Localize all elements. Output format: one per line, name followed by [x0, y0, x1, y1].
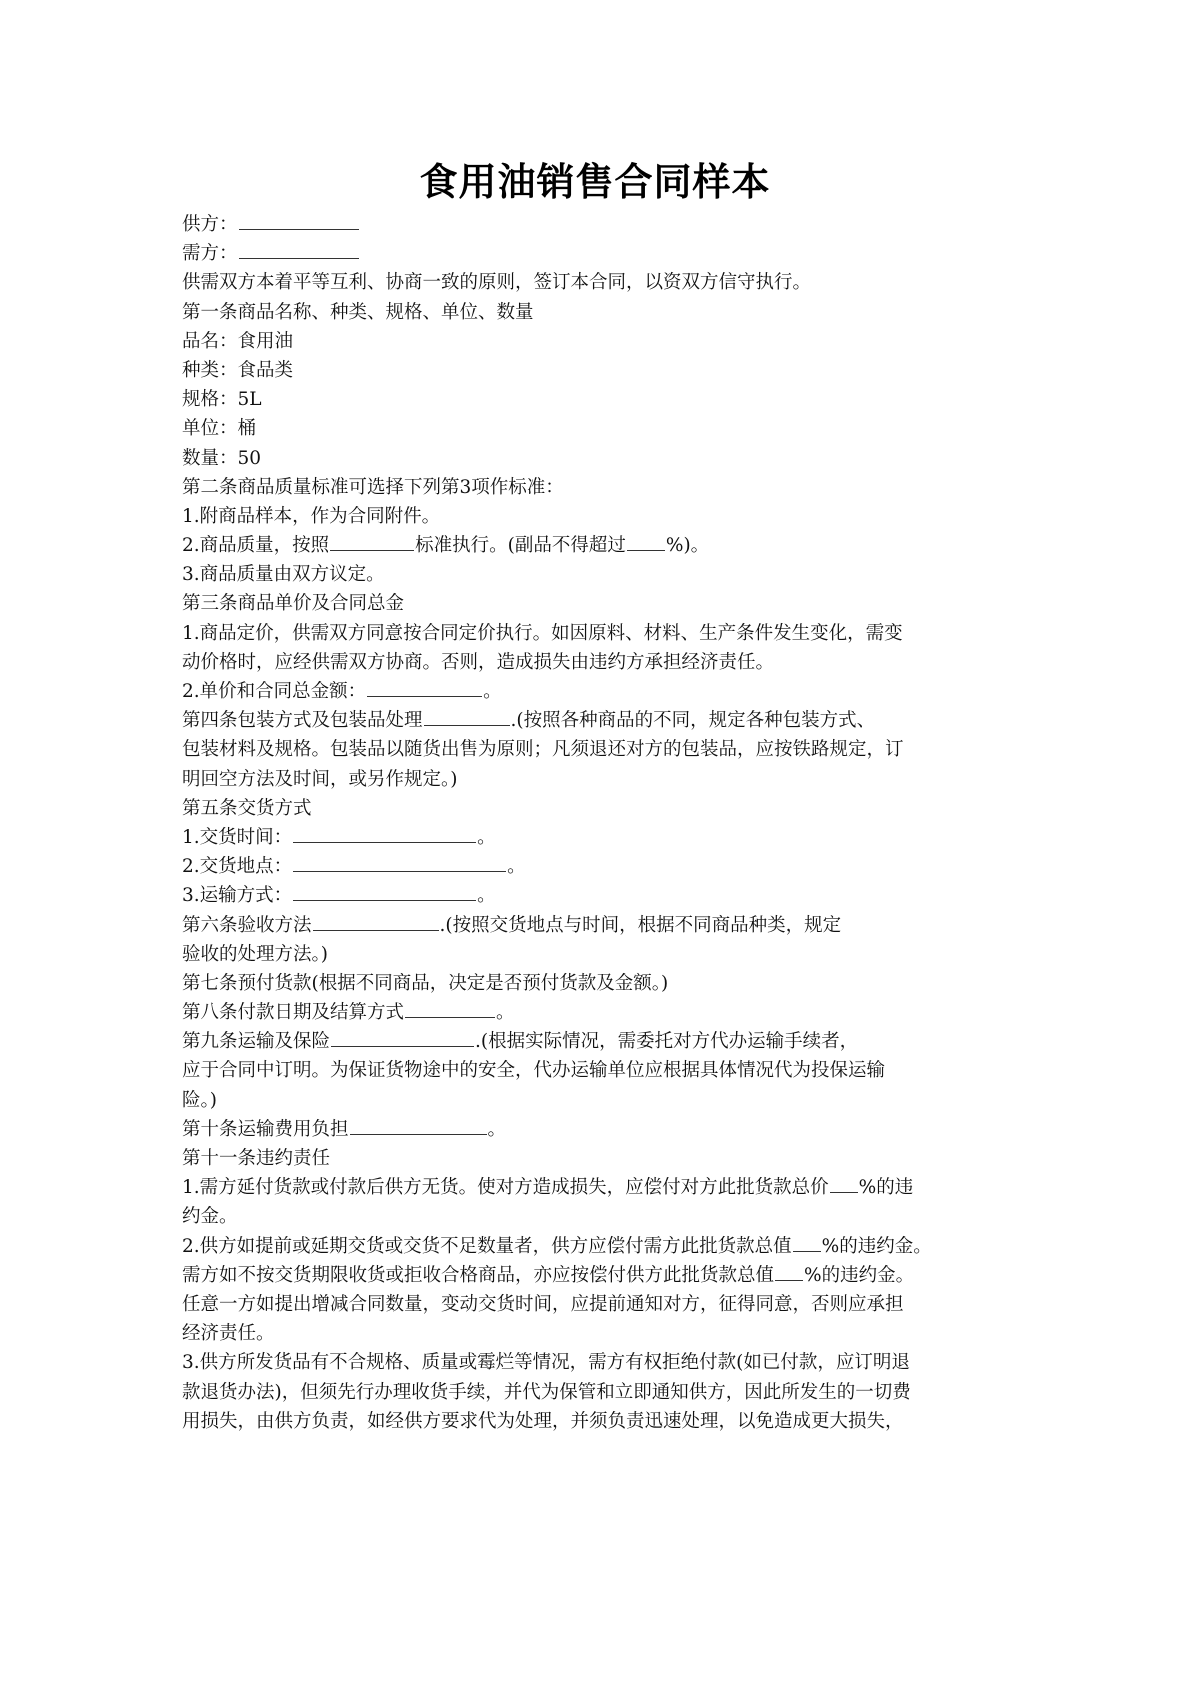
line-text: 3.商品质量由双方议定。: [182, 564, 385, 585]
fill-in-blank: [239, 240, 359, 259]
line-text: 第三条商品单价及合同总金: [182, 593, 404, 614]
document-line: 2.商品质量，按照标准执行。(副品不得超过%)。: [182, 531, 1030, 560]
document-line: 3.运输方式：。: [182, 881, 1030, 910]
line-text: 第十条运输费用负担: [182, 1119, 349, 1140]
document-line: 第六条验收方法.(按照交货地点与时间，根据不同商品种类，规定: [182, 911, 1030, 940]
document-line: 需方如不按交货期限收货或拒收合格商品，亦应按偿付供方此批货款总值%的违约金。: [182, 1261, 1030, 1290]
document-line: 约金。: [182, 1202, 1030, 1231]
document-line: 品名：食用油: [182, 327, 1030, 356]
line-text: 需方：: [182, 243, 238, 264]
line-text: 1.交货时间：: [182, 827, 292, 848]
line-text: 规格：5L: [182, 389, 262, 410]
line-text-after: %)。: [666, 535, 709, 556]
line-text: 2.单价和合同总金额：: [182, 681, 366, 702]
line-text-after: 。: [477, 827, 496, 848]
document-line: 动价格时，应经供需双方协商。否则，造成损失由违约方承担经济责任。: [182, 648, 1030, 677]
line-text: 款退货办法)，但须先行办理收货手续，并代为保管和立即通知供方，因此所发生的一切费: [182, 1382, 911, 1403]
document-line: 第九条运输及保险.(根据实际情况，需委托对方代办运输手续者，: [182, 1027, 1030, 1056]
document-line: 2.供方如提前或延期交货或交货不足数量者，供方应偿付需方此批货款总值%的违约金。: [182, 1232, 1030, 1261]
line-text: 供方：: [182, 214, 238, 235]
line-text-after: 。: [496, 1002, 515, 1023]
fill-in-blank: [330, 532, 414, 551]
document-line: 第十一条违约责任: [182, 1144, 1030, 1173]
line-text: 用损失，由供方负责，如经供方要求代为处理，并须负责迅速处理，以免造成更大损失，: [182, 1411, 904, 1432]
document-line: 验收的处理方法。): [182, 940, 1030, 969]
line-text: 应于合同中订明。为保证货物途中的安全，代办运输单位应根据具体情况代为投保运输: [182, 1060, 885, 1081]
document-line: 第七条预付货款(根据不同商品，决定是否预付货款及金额。): [182, 969, 1030, 998]
document-line: 明回空方法及时间，或另作规定。): [182, 765, 1030, 794]
document-line: 险。): [182, 1086, 1030, 1115]
document-body: 供方：需方：供需双方本着平等互利、协商一致的原则，签订本合同，以资双方信守执行。…: [182, 210, 1030, 1436]
document-line: 1.交货时间：。: [182, 823, 1030, 852]
fill-in-blank: [627, 532, 665, 551]
document-title: 食用油销售合同样本: [0, 152, 1190, 212]
document-line: 应于合同中订明。为保证货物途中的安全，代办运输单位应根据具体情况代为投保运输: [182, 1056, 1030, 1085]
document-line: 2.交货地点：。: [182, 852, 1030, 881]
line-text: 数量：50: [182, 448, 261, 469]
line-text-after: 。: [507, 856, 526, 877]
line-text: 第一条商品名称、种类、规格、单位、数量: [182, 302, 534, 323]
document-line: 第三条商品单价及合同总金: [182, 589, 1030, 618]
line-text: 第十一条违约责任: [182, 1148, 330, 1169]
document-line: 种类：食品类: [182, 356, 1030, 385]
line-text: 明回空方法及时间，或另作规定。): [182, 769, 457, 790]
line-text: 1.需方延付货款或付款后供方无货。使对方造成损失，应偿付对方此批货款总价: [182, 1177, 829, 1198]
fill-in-blank: [331, 1028, 474, 1047]
line-text: 第九条运输及保险: [182, 1031, 330, 1052]
document-line: 经济责任。: [182, 1319, 1030, 1348]
document-line: 需方：: [182, 239, 1030, 268]
document-line: 用损失，由供方负责，如经供方要求代为处理，并须负责迅速处理，以免造成更大损失，: [182, 1407, 1030, 1436]
line-text: 需方如不按交货期限收货或拒收合格商品，亦应按偿付供方此批货款总值: [182, 1265, 774, 1286]
fill-in-blank: [830, 1174, 858, 1193]
document-line: 第四条包装方式及包装品处理.(按照各种商品的不同，规定各种包装方式、: [182, 706, 1030, 735]
fill-in-blank: [350, 1116, 487, 1135]
fill-in-blank: [293, 824, 476, 843]
line-text: 第二条商品质量标准可选择下列第3项作标准：: [182, 477, 564, 498]
line-text: 第六条验收方法: [182, 915, 312, 936]
line-text: 动价格时，应经供需双方协商。否则，造成损失由违约方承担经济责任。: [182, 652, 774, 673]
line-text: 1.附商品样本，作为合同附件。: [182, 506, 440, 527]
line-text: 单位：桶: [182, 418, 256, 439]
line-text: 任意一方如提出增减合同数量，变动交货时间，应提前通知对方，征得同意，否则应承担: [182, 1294, 904, 1315]
fill-in-blank: [424, 707, 510, 726]
line-text-after: 。: [483, 681, 502, 702]
document-line: 第一条商品名称、种类、规格、单位、数量: [182, 298, 1030, 327]
line-text: 2.商品质量，按照: [182, 535, 329, 556]
document-line: 1.附商品样本，作为合同附件。: [182, 502, 1030, 531]
line-text: 2.供方如提前或延期交货或交货不足数量者，供方应偿付需方此批货款总值: [182, 1236, 792, 1257]
fill-in-blank: [793, 1233, 821, 1252]
fill-in-blank: [293, 853, 506, 872]
document-line: 第十条运输费用负担。: [182, 1115, 1030, 1144]
line-text-after: .(按照交货地点与时间，根据不同商品种类，规定: [440, 915, 842, 936]
document-line: 供方：: [182, 210, 1030, 239]
document-line: 规格：5L: [182, 385, 1030, 414]
line-text: 约金。: [182, 1206, 238, 1227]
line-text-after: 标准执行。(副品不得超过: [415, 535, 626, 556]
fill-in-blank: [367, 678, 482, 697]
line-text-after: %的违约金。: [822, 1236, 932, 1257]
document-line: 款退货办法)，但须先行办理收货手续，并代为保管和立即通知供方，因此所发生的一切费: [182, 1378, 1030, 1407]
document-line: 1.需方延付货款或付款后供方无货。使对方造成损失，应偿付对方此批货款总价%的违: [182, 1173, 1030, 1202]
line-text: 品名：食用油: [182, 331, 293, 352]
document-line: 第八条付款日期及结算方式。: [182, 998, 1030, 1027]
document-line: 供需双方本着平等互利、协商一致的原则，签订本合同，以资双方信守执行。: [182, 268, 1030, 297]
fill-in-blank: [239, 211, 359, 230]
line-text-after: %的违: [859, 1177, 914, 1198]
fill-in-blank: [293, 882, 476, 901]
line-text-after: 。: [488, 1119, 507, 1140]
line-text: 经济责任。: [182, 1323, 275, 1344]
document-line: 单位：桶: [182, 414, 1030, 443]
document-line: 包装材料及规格。包装品以随货出售为原则；凡须退还对方的包装品，应按铁路规定，订: [182, 735, 1030, 764]
line-text: 包装材料及规格。包装品以随货出售为原则；凡须退还对方的包装品，应按铁路规定，订: [182, 739, 904, 760]
line-text: 险。): [182, 1090, 217, 1111]
document-line: 第五条交货方式: [182, 794, 1030, 823]
document-line: 1.商品定价，供需双方同意按合同定价执行。如因原料、材料、生产条件发生变化，需变: [182, 619, 1030, 648]
fill-in-blank: [313, 912, 439, 931]
line-text: 供需双方本着平等互利、协商一致的原则，签订本合同，以资双方信守执行。: [182, 272, 811, 293]
line-text-after: %的违约金。: [804, 1265, 914, 1286]
document-line: 3.商品质量由双方议定。: [182, 560, 1030, 589]
line-text: 3.运输方式：: [182, 885, 292, 906]
document-line: 数量：50: [182, 444, 1030, 473]
document-page: 食用油销售合同样本 供方：需方：供需双方本着平等互利、协商一致的原则，签订本合同…: [0, 0, 1190, 1683]
document-line: 2.单价和合同总金额：。: [182, 677, 1030, 706]
fill-in-blank: [775, 1262, 803, 1281]
line-text: 第四条包装方式及包装品处理: [182, 710, 423, 731]
line-text-after: .(按照各种商品的不同，规定各种包装方式、: [511, 710, 876, 731]
line-text: 第五条交货方式: [182, 798, 312, 819]
line-text: 1.商品定价，供需双方同意按合同定价执行。如因原料、材料、生产条件发生变化，需变: [182, 623, 903, 644]
line-text: 验收的处理方法。): [182, 944, 328, 965]
line-text: 3.供方所发货品有不合规格、质量或霉烂等情况，需方有权拒绝付款(如已付款，应订明…: [182, 1352, 910, 1373]
line-text: 种类：食品类: [182, 360, 293, 381]
line-text: 2.交货地点：: [182, 856, 292, 877]
line-text: 第七条预付货款(根据不同商品，决定是否预付货款及金额。): [182, 973, 668, 994]
document-line: 3.供方所发货品有不合规格、质量或霉烂等情况，需方有权拒绝付款(如已付款，应订明…: [182, 1348, 1030, 1377]
line-text: 第八条付款日期及结算方式: [182, 1002, 404, 1023]
line-text-after: 。: [477, 885, 496, 906]
fill-in-blank: [405, 999, 495, 1018]
document-line: 任意一方如提出增减合同数量，变动交货时间，应提前通知对方，征得同意，否则应承担: [182, 1290, 1030, 1319]
document-line: 第二条商品质量标准可选择下列第3项作标准：: [182, 473, 1030, 502]
line-text-after: .(根据实际情况，需委托对方代办运输手续者，: [475, 1031, 858, 1052]
